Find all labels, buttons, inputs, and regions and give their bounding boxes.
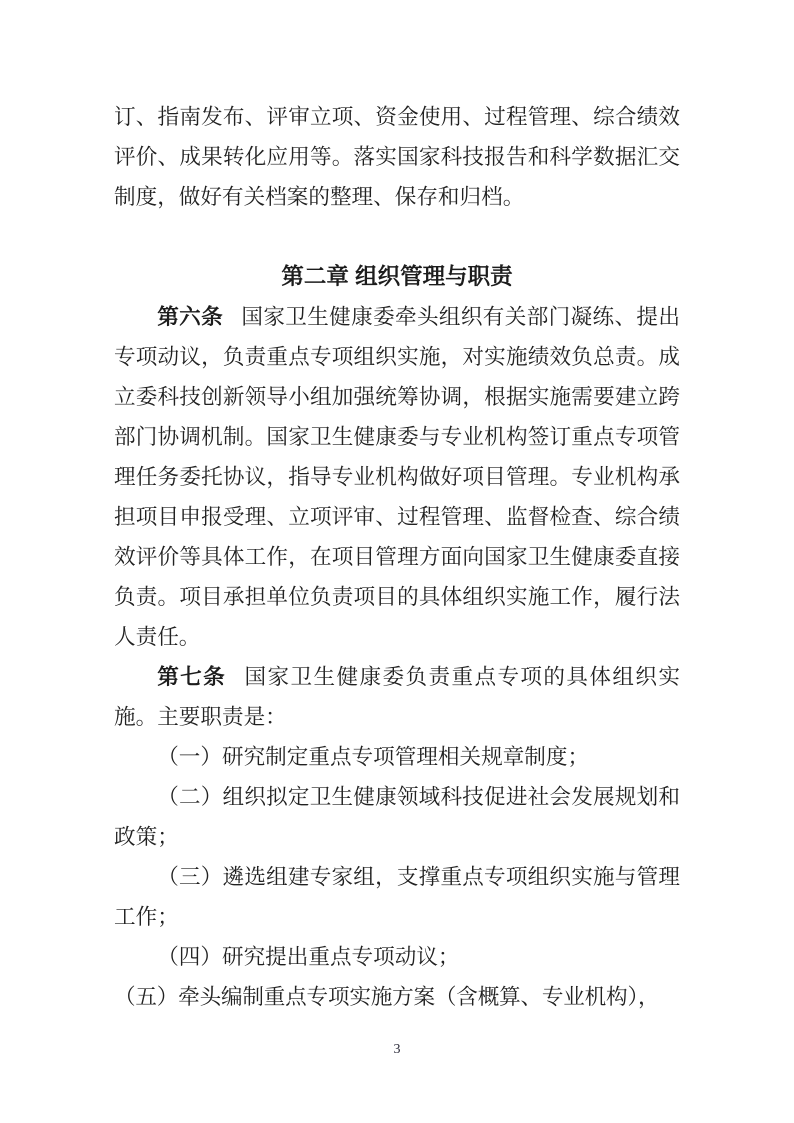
document-page: 订、指南发布、评审立项、资金使用、过程管理、综合绩效评价、成果转化应用等。落实国…	[0, 0, 794, 1123]
chapter-heading: 第二章 组织管理与职责	[114, 257, 680, 297]
article-6-text: 国家卫生健康委牵头组织有关部门凝练、提出专项动议，负责重点专项组织实施，对实施绩…	[114, 305, 680, 649]
duty-item-5: （五）牵头编制重点专项实施方案（含概算、专业机构），	[114, 977, 680, 1017]
duty-item-3: （三）遴选组建专家组，支撑重点专项组织实施与管理工作；	[114, 857, 680, 937]
document-body: 订、指南发布、评审立项、资金使用、过程管理、综合绩效评价、成果转化应用等。落实国…	[114, 97, 680, 1017]
duty-item-4: （四）研究提出重点专项动议；	[114, 937, 680, 977]
duty-item-2: （二）组织拟定卫生健康领域科技促进社会发展规划和政策；	[114, 777, 680, 857]
duty-item-1: （一）研究制定重点专项管理相关规章制度；	[114, 737, 680, 777]
article-7-paragraph: 第七条国家卫生健康委负责重点专项的具体组织实施。主要职责是：	[114, 657, 680, 737]
article-7-label: 第七条	[157, 664, 226, 689]
page-number: 3	[0, 1040, 794, 1060]
intro-paragraph: 订、指南发布、评审立项、资金使用、过程管理、综合绩效评价、成果转化应用等。落实国…	[114, 97, 680, 217]
article-6-paragraph: 第六条国家卫生健康委牵头组织有关部门凝练、提出专项动议，负责重点专项组织实施，对…	[114, 297, 680, 657]
article-6-label: 第六条	[157, 304, 223, 329]
